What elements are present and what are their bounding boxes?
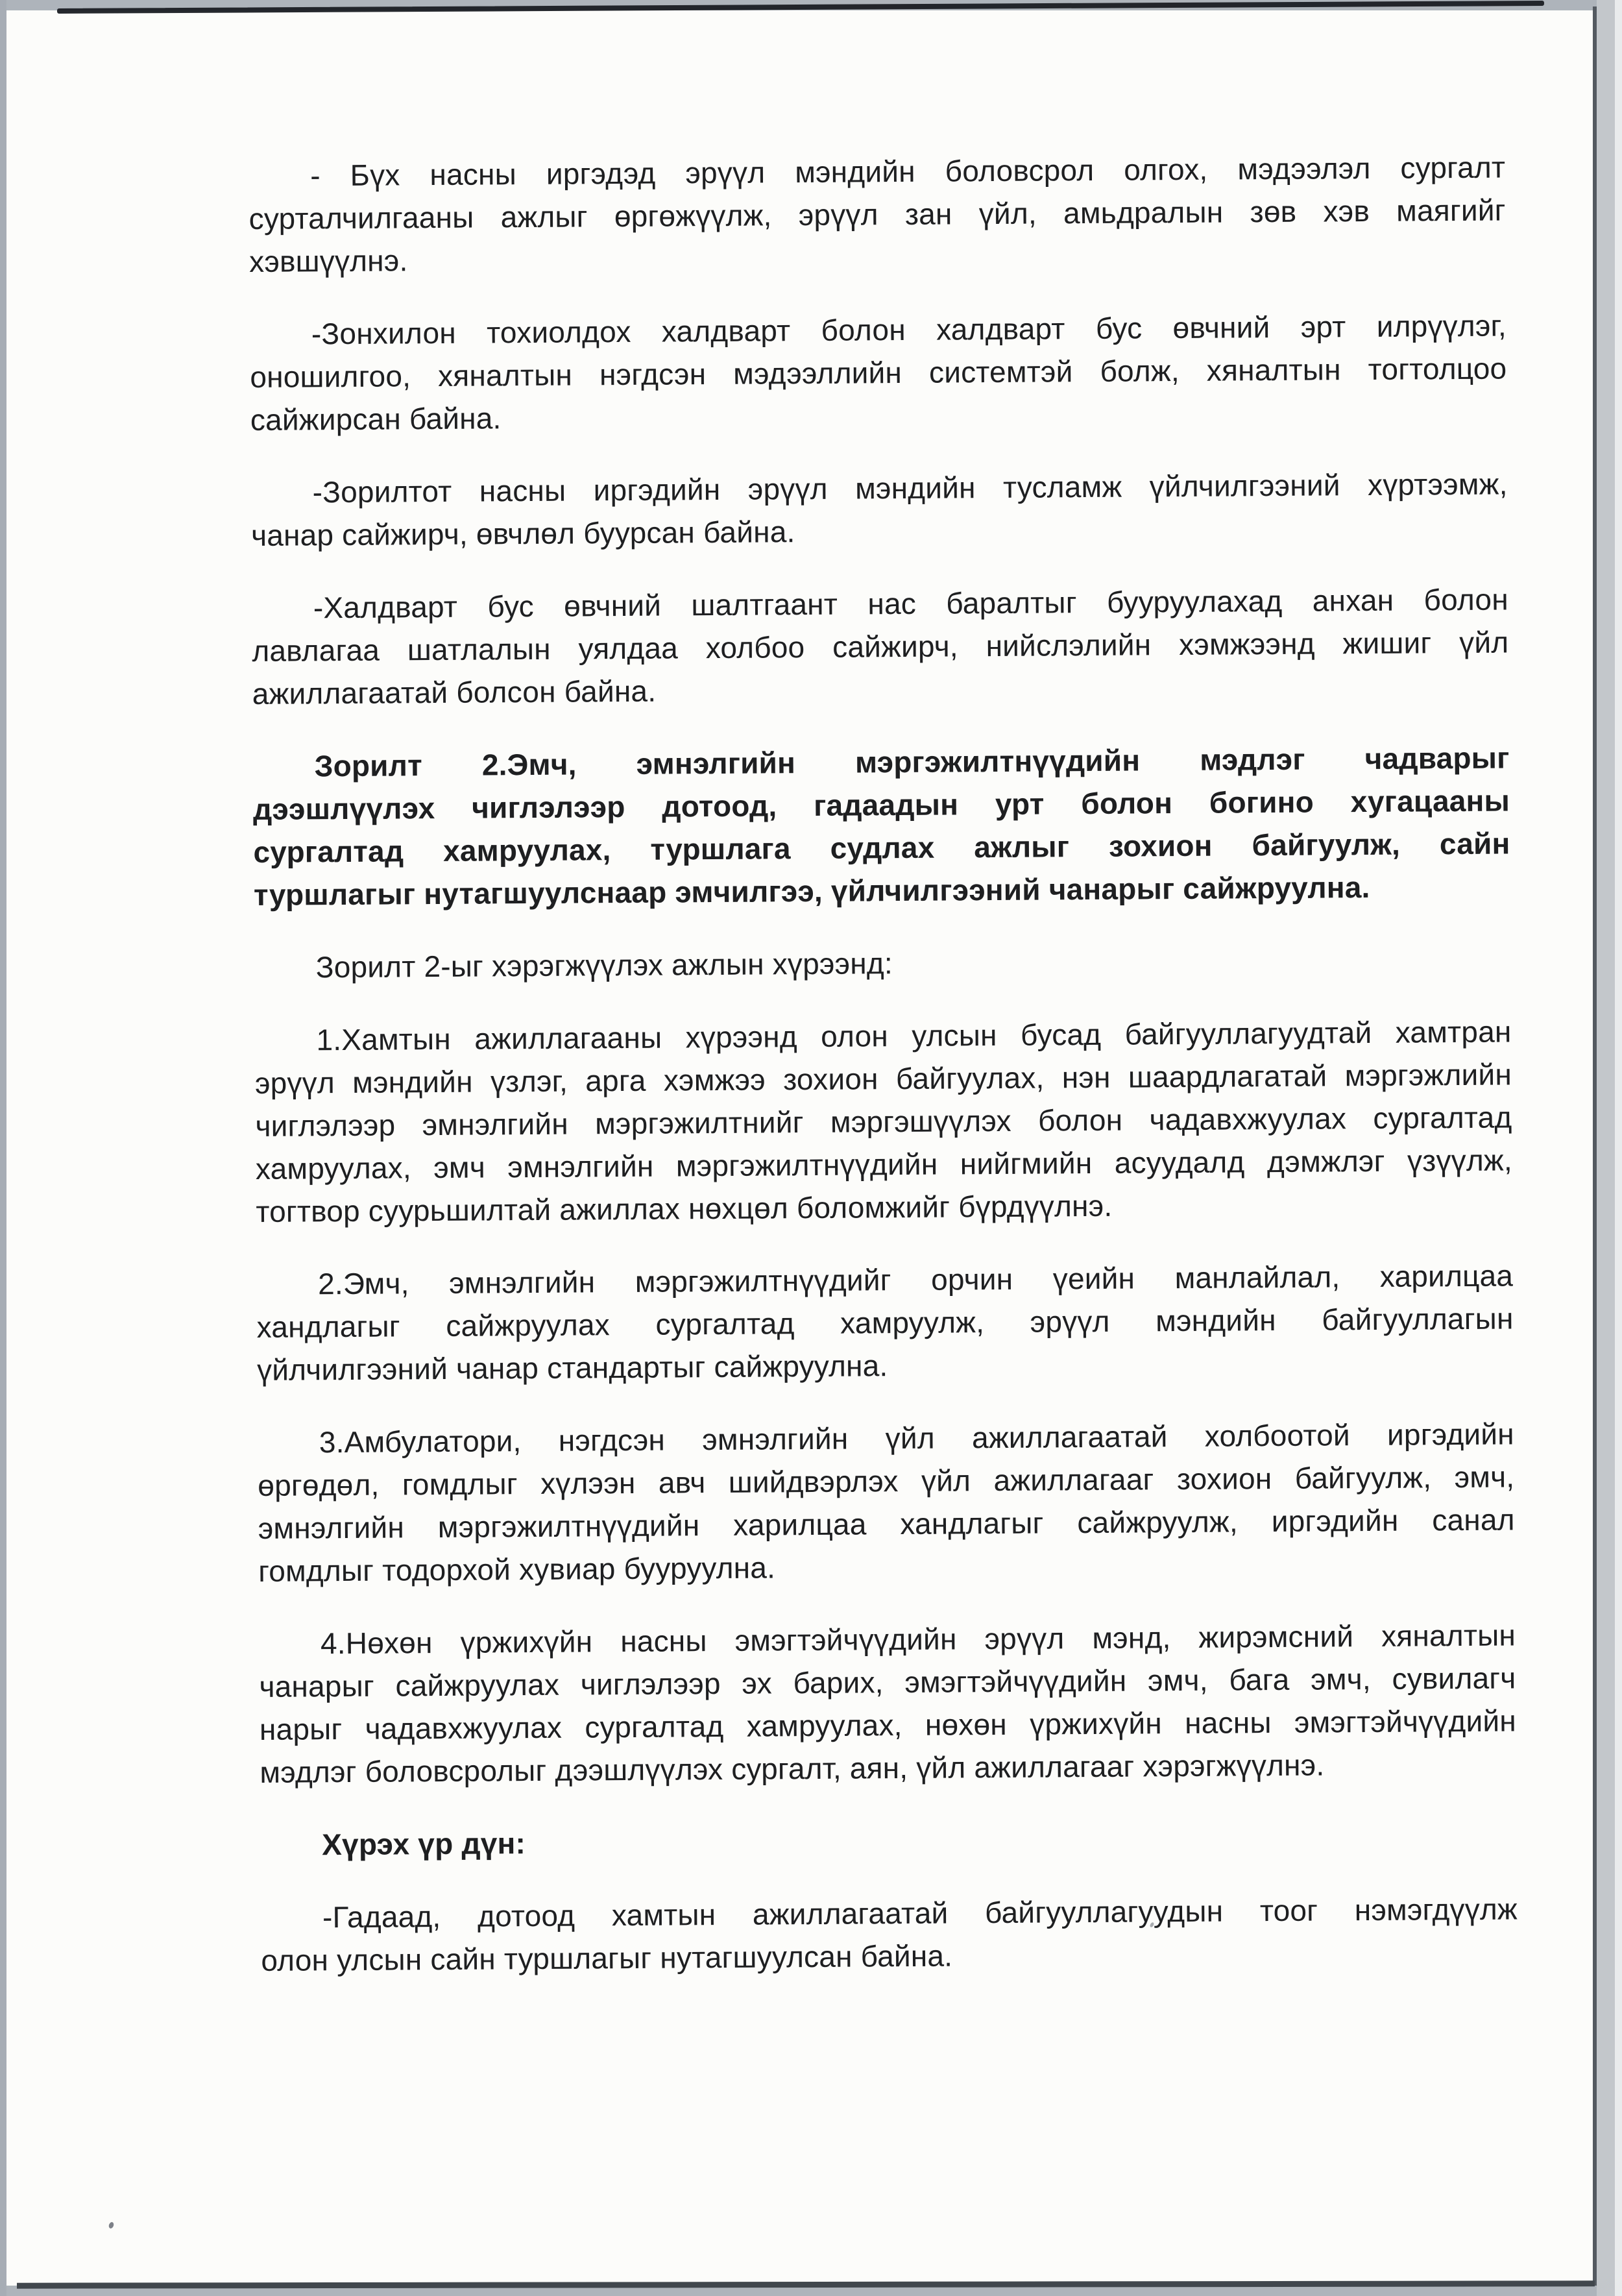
scanner-background-left xyxy=(0,0,6,2296)
text-line: ажиллагаатай болсон байна. xyxy=(252,663,1509,715)
text-line: эмнэлгийн мэргэжилтнүүдийн харилцаа ханд… xyxy=(258,1498,1515,1550)
text-line: чанар сайжирч, өвчлөл буурсан байна. xyxy=(251,505,1508,557)
text-line: олон улсын сайн туршлагыг нутагшуулсан б… xyxy=(261,1930,1518,1982)
paragraph-lead-in: Зорилт 2-ыг хэрэгжүүлэх ажлын хүрээнд: xyxy=(254,937,1511,989)
paragraph-numbered-item: 3.Амбулатори, нэгдсэн эмнэлгийн үйл ажил… xyxy=(258,1412,1516,1593)
text-line: сайжирсан байна. xyxy=(250,389,1507,441)
text-line: хамруулах, эмч эмнэлгийн мэргэжилтнүүдий… xyxy=(256,1138,1512,1190)
paragraph-bullet: -Зонхилон тохиолдох халдварт болон халдв… xyxy=(250,304,1507,441)
paragraph-bullet: - Бүх насны иргэдэд эрүүл мэндийн боловс… xyxy=(248,145,1506,283)
text-line: мэдлэг боловсролыг дээшлүүлэх сургалт, а… xyxy=(260,1742,1516,1794)
text-line: тогтвор суурьшилтай ажиллах нөхцөл болом… xyxy=(256,1181,1512,1233)
document-content: - Бүх насны иргэдэд эрүүл мэндийн боловс… xyxy=(248,145,1518,2011)
text-line: сурталчилгааны ажлыг өргөжүүлж, эрүүл за… xyxy=(248,188,1505,240)
paragraph-heading: Хүрэх үр дүн: xyxy=(260,1814,1517,1866)
paragraph-numbered-item: 2.Эмч, эмнэлгийн мэргэжилтнүүдийг орчин … xyxy=(256,1254,1514,1391)
paragraph-numbered-item: 1.Хамтын ажиллагааны хүрээнд олон улсын … xyxy=(254,1010,1512,1233)
text-line: хэвшүүлнэ. xyxy=(249,231,1506,283)
text-line: -Зорилтот насны иргэдийн эрүүл мэндийн т… xyxy=(250,462,1507,514)
text-line: гомдлыг тодорхой хувиар бууруулна. xyxy=(258,1541,1515,1593)
text-line: Зорилт 2-ыг хэрэгжүүлэх ажлын хүрээнд: xyxy=(254,937,1511,989)
text-line: Хүрэх үр дүн: xyxy=(260,1814,1517,1866)
text-line: -Гадаад, дотоод хамтын ажиллагаатай байг… xyxy=(261,1887,1518,1939)
scanner-background-right-sliver xyxy=(1615,0,1622,2296)
text-line: туршлагыг нутагшуулснаар эмчилгээ, үйлчи… xyxy=(254,864,1510,916)
paragraph-bullet: -Халдварт бус өвчний шалтгаант нас барал… xyxy=(252,578,1509,715)
paragraph-goal-statement: Зорилт 2.Эмч, эмнэлгийн мэргэжилтнүүдийн… xyxy=(252,736,1510,916)
paragraph-numbered-item: 4.Нөхөн үржихүйн насны эмэгтэйчүүдийн эр… xyxy=(259,1613,1517,1794)
text-line: лавлагаа шатлалын уялдаа холбоо сайжирч,… xyxy=(252,620,1508,672)
text-line: хандлагыг сайжруулах сургалтад хамруулж,… xyxy=(256,1297,1513,1349)
page-right-edge xyxy=(1593,6,1597,2286)
text-line: оношилгоо, хяналтын нэгдсэн мэдээллийн с… xyxy=(250,347,1507,398)
text-line: нарыг чадавхжуулах сургалтад хамруулах, … xyxy=(260,1699,1516,1751)
text-line: үйлчилгээний чанар стандартыг сайжруулна… xyxy=(257,1339,1514,1391)
paragraph-bullet: -Гадаад, дотоод хамтын ажиллагаатай байг… xyxy=(261,1887,1518,1982)
scanned-document: - Бүх насны иргэдэд эрүүл мэндийн боловс… xyxy=(0,0,1622,2296)
paragraph-bullet: -Зорилтот насны иргэдийн эрүүл мэндийн т… xyxy=(250,462,1508,557)
